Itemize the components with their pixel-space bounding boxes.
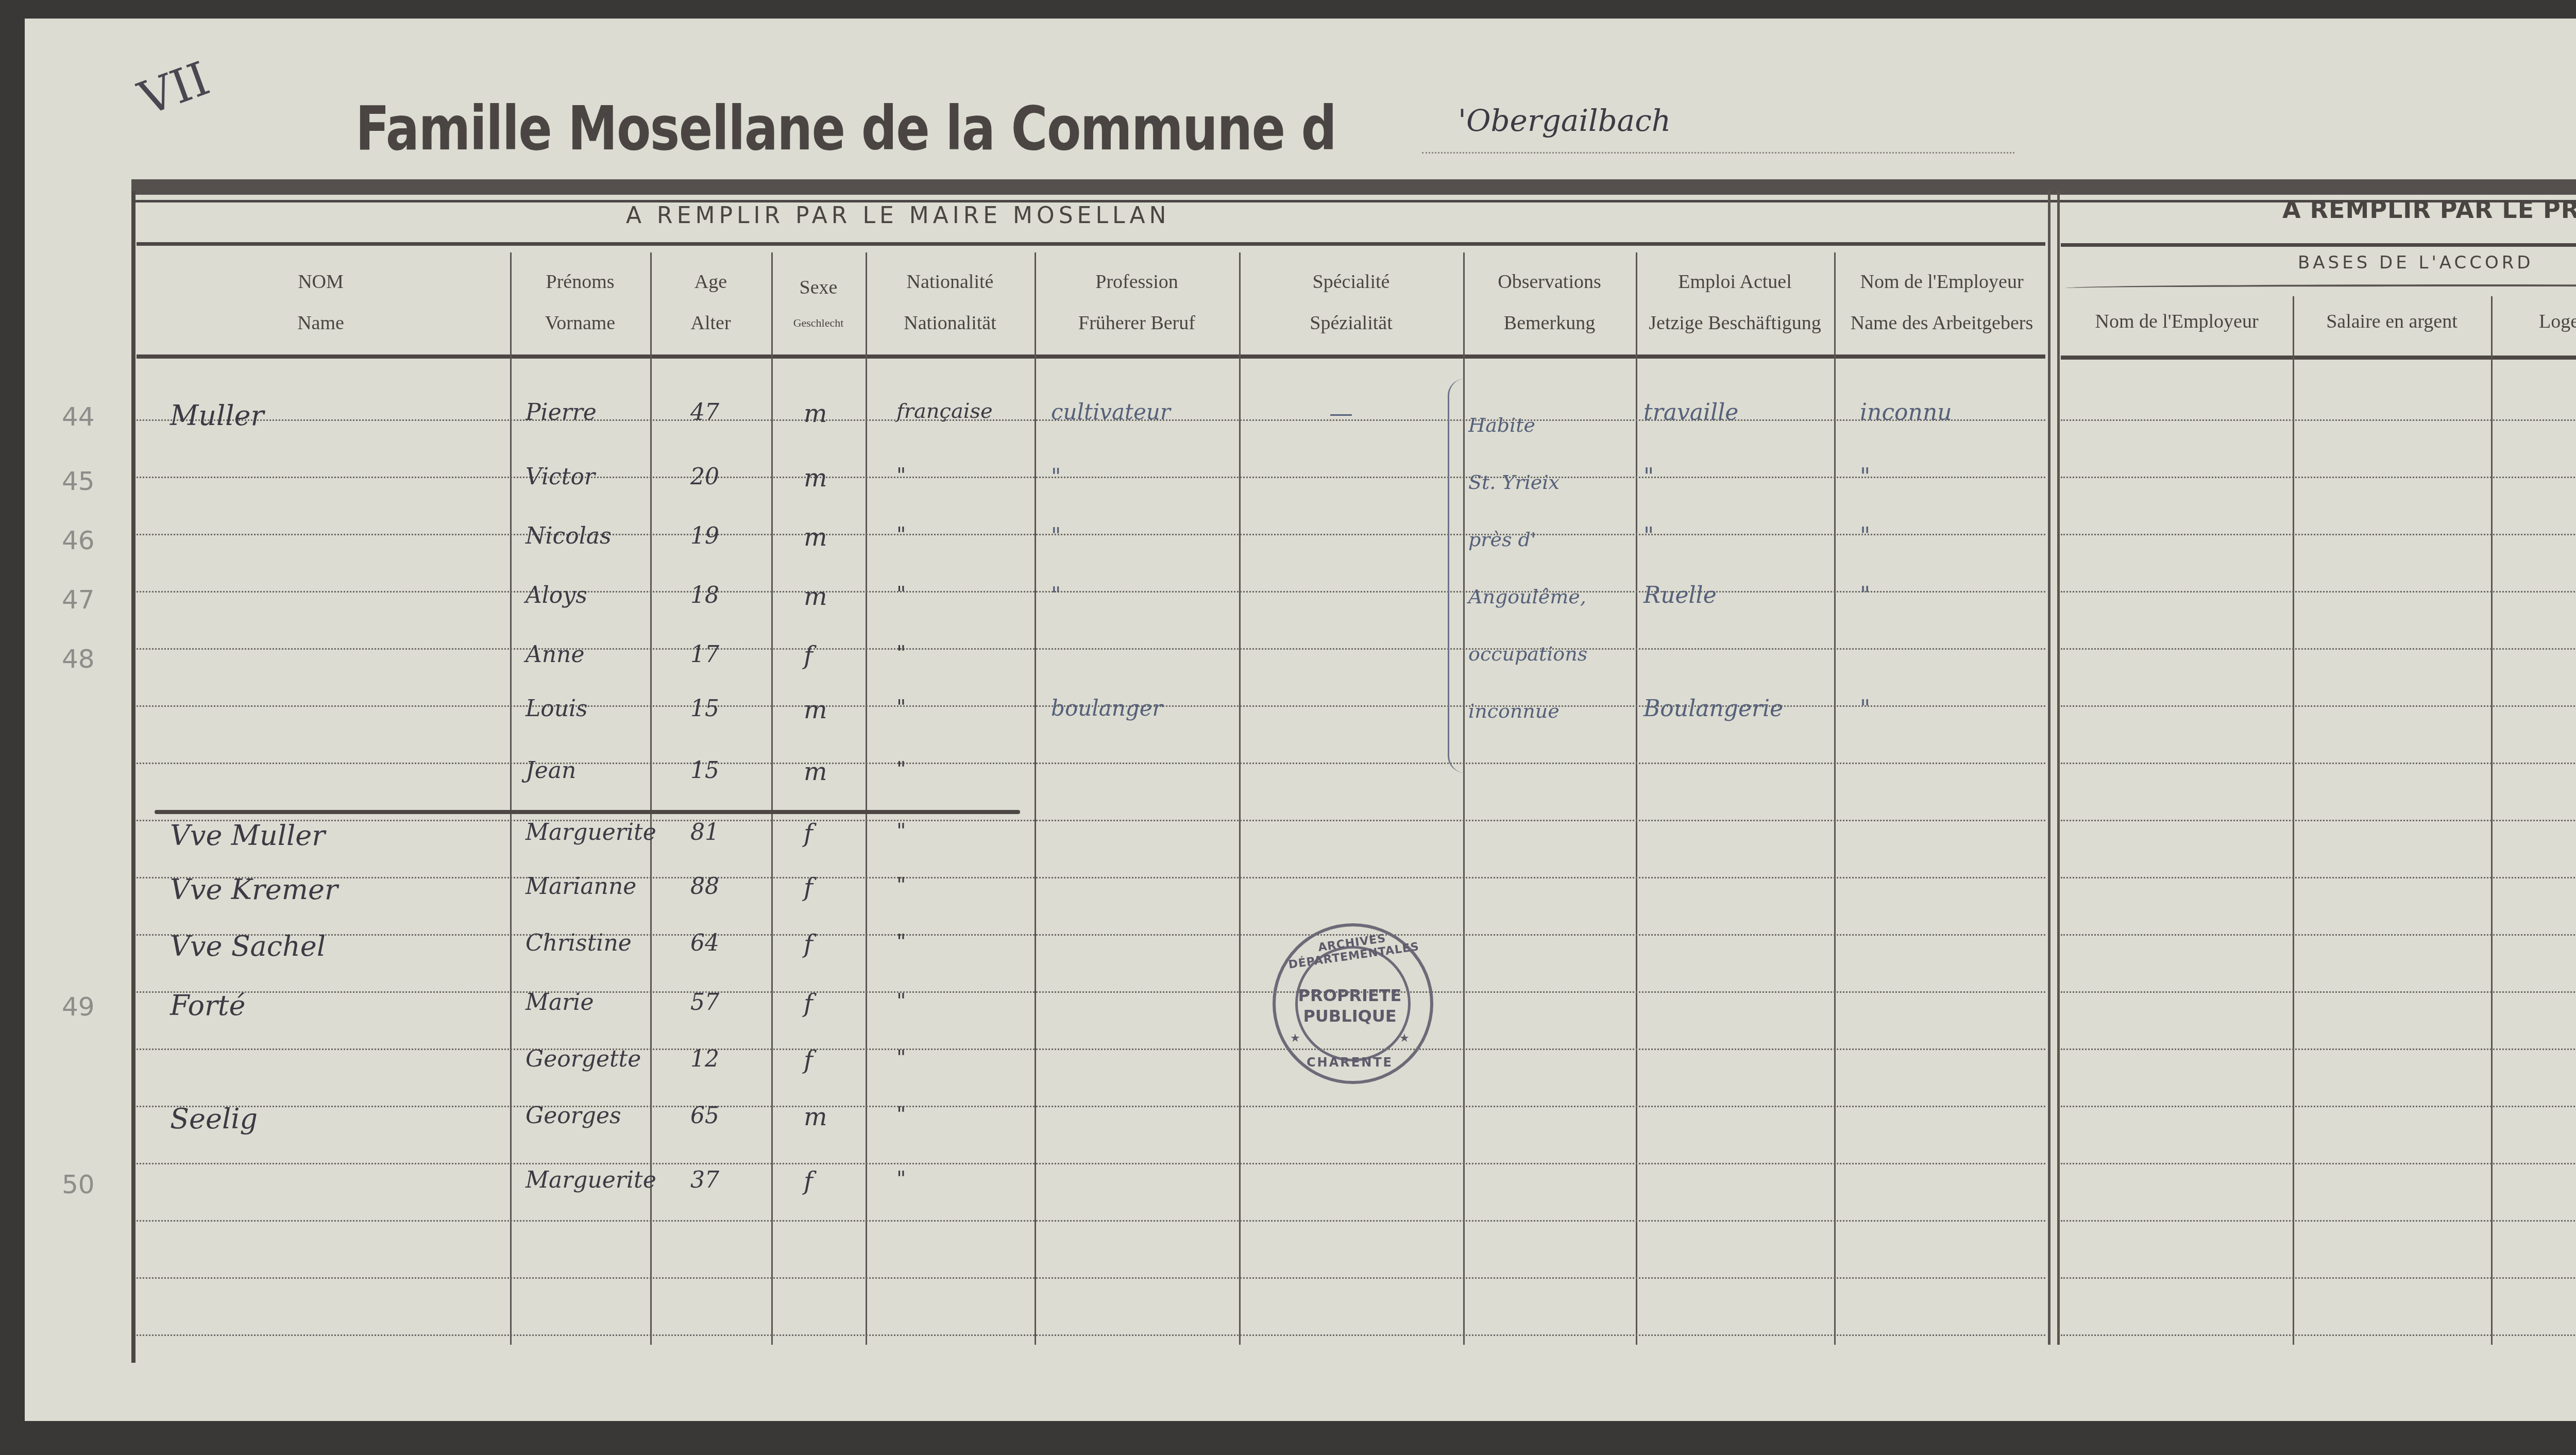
cell-employeur: inconnu bbox=[1860, 399, 1952, 426]
column-header-de: Bemerkung bbox=[1463, 311, 1636, 336]
right-column-label: Nom de l'Employeur bbox=[2061, 309, 2293, 334]
cell-nationalite: " bbox=[896, 641, 906, 665]
right-column-header-3: Logement bbox=[2491, 296, 2576, 348]
cell-age: 57 bbox=[690, 989, 719, 1016]
stamp-star-right: ★ bbox=[1399, 1032, 1410, 1045]
cell-profession: " bbox=[1051, 464, 1061, 489]
cell-employeur: " bbox=[1860, 523, 1870, 549]
column-header-10: Nom de l'EmployeurName des Arbeitgebers bbox=[1834, 252, 2049, 353]
column-header-fr: NOM bbox=[131, 269, 510, 295]
cell-nationalite: " bbox=[896, 1167, 906, 1191]
row-divider bbox=[137, 648, 2045, 650]
column-header-4: SexeGeschlecht bbox=[771, 252, 866, 353]
cell-employeur: " bbox=[1860, 582, 1870, 608]
row-divider bbox=[2061, 534, 2576, 535]
cell-prenom: Marianne bbox=[526, 873, 636, 900]
cell-prenom: Pierre bbox=[526, 399, 597, 426]
cell-sexe: m bbox=[804, 523, 827, 552]
column-header-de: Jetzige Beschäftigung bbox=[1636, 311, 1834, 336]
observation-line: Habite bbox=[1468, 397, 1587, 454]
row-divider bbox=[2061, 877, 2576, 878]
column-header-3: AgeAlter bbox=[650, 252, 771, 353]
cell-prenom: Christine bbox=[526, 930, 632, 956]
row-divider bbox=[137, 763, 2045, 764]
observation-note: HabiteSt. Yrieixprès d'Angoulême,occupat… bbox=[1468, 397, 1587, 740]
right-column-label: Logement bbox=[2491, 309, 2576, 334]
row-divider bbox=[2061, 991, 2576, 993]
column-divider bbox=[866, 252, 867, 1345]
right-column-label: Salaire en argent bbox=[2293, 309, 2491, 334]
column-header-fr: Prénoms bbox=[510, 269, 650, 295]
column-divider bbox=[1636, 252, 1637, 1345]
stamp-star-left: ★ bbox=[1290, 1032, 1300, 1045]
cell-prenom: Marie bbox=[526, 989, 594, 1016]
row-divider bbox=[137, 1163, 2045, 1164]
cell-profession: boulanger bbox=[1051, 696, 1163, 721]
column-divider bbox=[1239, 252, 1241, 1345]
cell-emploi: " bbox=[1643, 464, 1654, 490]
commune-underline bbox=[1422, 152, 2014, 154]
row-divider bbox=[137, 991, 2045, 993]
row-divider bbox=[2061, 1277, 2576, 1279]
right-column-header-2: Salaire en argent bbox=[2293, 296, 2491, 348]
cell-nationalite: " bbox=[896, 523, 906, 547]
top-border-rule bbox=[131, 200, 2576, 202]
cell-age: 18 bbox=[690, 582, 719, 608]
stamp-bottom-text: CHARENTE bbox=[1276, 1055, 1424, 1070]
cell-nationalite: " bbox=[896, 757, 906, 781]
column-header-6: ProfessionFrüherer Beruf bbox=[1035, 252, 1239, 353]
column-header-5: NationalitéNationalität bbox=[866, 252, 1035, 353]
column-divider bbox=[771, 252, 773, 1345]
cell-profession: cultivateur bbox=[1051, 399, 1171, 425]
row-divider bbox=[137, 1220, 2045, 1222]
cell-sexe: f bbox=[804, 989, 813, 1018]
observation-line: St. Yrieix bbox=[1468, 454, 1587, 511]
row-number: 49 bbox=[62, 992, 95, 1022]
cell-emploi: travaille bbox=[1643, 399, 1738, 426]
row-divider bbox=[137, 591, 2045, 593]
cell-nationalite: " bbox=[896, 873, 906, 897]
row-divider bbox=[137, 1048, 2045, 1050]
cell-nationalite: " bbox=[896, 989, 906, 1013]
row-divider bbox=[2061, 934, 2576, 936]
cell-nom: Vve Kremer bbox=[170, 873, 338, 906]
row-divider bbox=[2061, 1106, 2576, 1107]
cell-sexe: f bbox=[804, 641, 813, 670]
cell-sexe: m bbox=[804, 696, 827, 724]
cell-sexe: m bbox=[804, 1103, 827, 1131]
column-header-1: NOMName bbox=[131, 252, 510, 353]
column-divider bbox=[1834, 252, 1836, 1345]
column-header-de: Spézialität bbox=[1239, 311, 1463, 336]
cell-prenom: Louis bbox=[526, 696, 588, 722]
row-divider bbox=[2061, 1048, 2576, 1050]
stamp-center-line1: PROPRIETE bbox=[1276, 986, 1424, 1005]
row-divider bbox=[2061, 1334, 2576, 1336]
cell-age: 15 bbox=[690, 757, 719, 784]
row-number: 46 bbox=[62, 526, 95, 555]
column-header-de: Name des Arbeitgebers bbox=[1834, 311, 2049, 336]
cell-prenom: Jean bbox=[526, 757, 576, 784]
document-sheet bbox=[25, 19, 2576, 1421]
cell-age: 12 bbox=[690, 1046, 719, 1072]
right-header-rule bbox=[2061, 243, 2576, 247]
row-divider bbox=[137, 1106, 2045, 1107]
cell-nom: Muller bbox=[170, 399, 264, 432]
stamp-center-line2: PUBLIQUE bbox=[1276, 1006, 1424, 1026]
cell-nom: Seelig bbox=[170, 1103, 258, 1135]
row-divider bbox=[2061, 591, 2576, 593]
bases-accord-title: BASES DE L'ACCORD bbox=[2298, 252, 2534, 273]
commune-name: 'Obergailbach bbox=[1458, 103, 1671, 138]
column-header-9: Emploi ActuelJetzige Beschäftigung bbox=[1636, 252, 1834, 353]
cell-age: 19 bbox=[690, 523, 719, 549]
row-divider bbox=[2061, 705, 2576, 707]
cell-prenom: Anne bbox=[526, 641, 585, 668]
cell-nom: Vve Muller bbox=[170, 819, 325, 852]
row-number: 50 bbox=[62, 1170, 95, 1199]
cell-profession: " bbox=[1051, 523, 1061, 548]
cell-prenom: Victor bbox=[526, 464, 595, 490]
row-divider bbox=[137, 1277, 2045, 1279]
center-divider-left bbox=[2048, 191, 2050, 1345]
cell-age: 81 bbox=[690, 819, 719, 845]
row-divider bbox=[2061, 1163, 2576, 1164]
cell-age: 15 bbox=[690, 696, 719, 722]
column-divider bbox=[1035, 252, 1036, 1345]
cell-age: 37 bbox=[690, 1167, 719, 1193]
row-number: 47 bbox=[62, 585, 95, 615]
cell-age: 20 bbox=[690, 464, 719, 490]
cell-nationalite: française bbox=[896, 399, 993, 423]
row-divider bbox=[2061, 1220, 2576, 1222]
row-divider bbox=[2061, 648, 2576, 650]
cell-emploi: " bbox=[1643, 523, 1654, 549]
cell-sexe: f bbox=[804, 1167, 813, 1196]
center-divider-right bbox=[2057, 191, 2060, 1345]
cell-specialite: — bbox=[1329, 399, 1353, 427]
cell-nom: Forté bbox=[170, 989, 246, 1022]
left-border bbox=[131, 191, 135, 1363]
cell-sexe: m bbox=[804, 464, 827, 493]
cell-nationalite: " bbox=[896, 464, 906, 487]
column-header-fr: Profession bbox=[1035, 269, 1239, 295]
title-left: Famille Mosellane de la Commune d bbox=[355, 93, 1336, 164]
cell-nationalite: " bbox=[896, 696, 906, 719]
row-divider bbox=[137, 820, 2045, 821]
archive-stamp: ARCHIVES DÉPARTEMENTALES PROPRIETE PUBLI… bbox=[1273, 923, 1433, 1084]
column-header-fr: Age bbox=[650, 269, 771, 295]
cell-profession: " bbox=[1051, 582, 1061, 607]
column-header-2: PrénomsVorname bbox=[510, 252, 650, 353]
column-divider bbox=[510, 252, 512, 1345]
observation-brace bbox=[1448, 379, 1465, 773]
observation-line: près d' bbox=[1468, 511, 1587, 568]
family-separator bbox=[155, 810, 1020, 814]
cell-sexe: m bbox=[804, 399, 827, 428]
cell-employeur: " bbox=[1860, 696, 1870, 722]
cell-employeur: " bbox=[1860, 464, 1870, 490]
column-header-fr: Emploi Actuel bbox=[1636, 269, 1834, 295]
cell-sexe: f bbox=[804, 819, 813, 848]
bases-accord-brace bbox=[2066, 284, 2576, 292]
cell-nationalite: " bbox=[896, 819, 906, 843]
cell-prenom: Marguerite bbox=[526, 1167, 656, 1193]
cell-nationalite: " bbox=[896, 1103, 906, 1126]
cell-sexe: m bbox=[804, 757, 827, 786]
column-header-de: Geschlecht bbox=[771, 316, 866, 331]
column-header-de: Früherer Beruf bbox=[1035, 311, 1239, 336]
column-header-de: Alter bbox=[650, 311, 771, 336]
column-header-de: Vorname bbox=[510, 311, 650, 336]
cell-prenom: Georgette bbox=[526, 1046, 641, 1072]
cell-sexe: m bbox=[804, 582, 827, 611]
cell-nationalite: " bbox=[896, 582, 906, 606]
cell-age: 64 bbox=[690, 930, 719, 956]
cell-sexe: f bbox=[804, 1046, 813, 1075]
row-divider bbox=[2061, 419, 2576, 421]
right-column-header-1: Nom de l'Employeur bbox=[2061, 296, 2293, 348]
row-divider bbox=[137, 877, 2045, 878]
row-divider bbox=[2061, 477, 2576, 478]
header-bottom-rule-right bbox=[2061, 356, 2576, 360]
column-header-fr: Nationalité bbox=[866, 269, 1035, 295]
column-header-fr: Observations bbox=[1463, 269, 1636, 295]
column-header-de: Name bbox=[131, 311, 510, 336]
cell-nationalite: " bbox=[896, 930, 906, 954]
cell-prenom: Georges bbox=[526, 1103, 621, 1129]
top-border-bar bbox=[131, 179, 2576, 195]
cell-age: 47 bbox=[690, 399, 719, 426]
cell-emploi: Ruelle bbox=[1643, 582, 1717, 608]
cell-prenom: Nicolas bbox=[526, 523, 612, 549]
cell-prenom: Marguerite bbox=[526, 819, 656, 845]
cell-nom: Vve Sachel bbox=[170, 930, 326, 962]
cell-sexe: f bbox=[804, 930, 813, 959]
cell-age: 88 bbox=[690, 873, 719, 900]
column-header-8: ObservationsBemerkung bbox=[1463, 252, 1636, 353]
column-header-de: Nationalität bbox=[866, 311, 1035, 336]
row-divider bbox=[2061, 763, 2576, 764]
column-header-fr: Nom de l'Employeur bbox=[1834, 269, 2049, 295]
header-bottom-rule-left bbox=[137, 354, 2045, 359]
cell-nationalite: " bbox=[896, 1046, 906, 1070]
observation-line: inconnue bbox=[1468, 683, 1587, 740]
row-number: 48 bbox=[62, 644, 95, 674]
row-divider bbox=[137, 534, 2045, 535]
row-divider bbox=[137, 1334, 2045, 1336]
cell-sexe: f bbox=[804, 873, 813, 902]
row-divider bbox=[137, 477, 2045, 478]
column-header-7: SpécialitéSpézialität bbox=[1239, 252, 1463, 353]
cell-prenom: Aloys bbox=[526, 582, 587, 608]
observation-line: occupations bbox=[1468, 625, 1587, 683]
left-header-rule bbox=[137, 242, 2045, 246]
row-divider bbox=[2061, 820, 2576, 821]
cell-age: 65 bbox=[690, 1103, 719, 1129]
column-header-fr: Spécialité bbox=[1239, 269, 1463, 295]
column-header-fr: Sexe bbox=[771, 275, 866, 300]
cell-age: 17 bbox=[690, 641, 719, 668]
cell-emploi: Boulangerie bbox=[1643, 696, 1783, 722]
row-number: 44 bbox=[62, 402, 95, 432]
row-number: 45 bbox=[62, 466, 95, 496]
right-section-title: A REMPLIR PAR LE PRÉSIDENT DU COMITÉ COM… bbox=[2282, 196, 2576, 224]
row-divider bbox=[137, 934, 2045, 936]
observation-line: Angoulême, bbox=[1468, 568, 1587, 625]
left-section-title: A REMPLIR PAR LE MAIRE MOSELLAN bbox=[626, 202, 1170, 229]
